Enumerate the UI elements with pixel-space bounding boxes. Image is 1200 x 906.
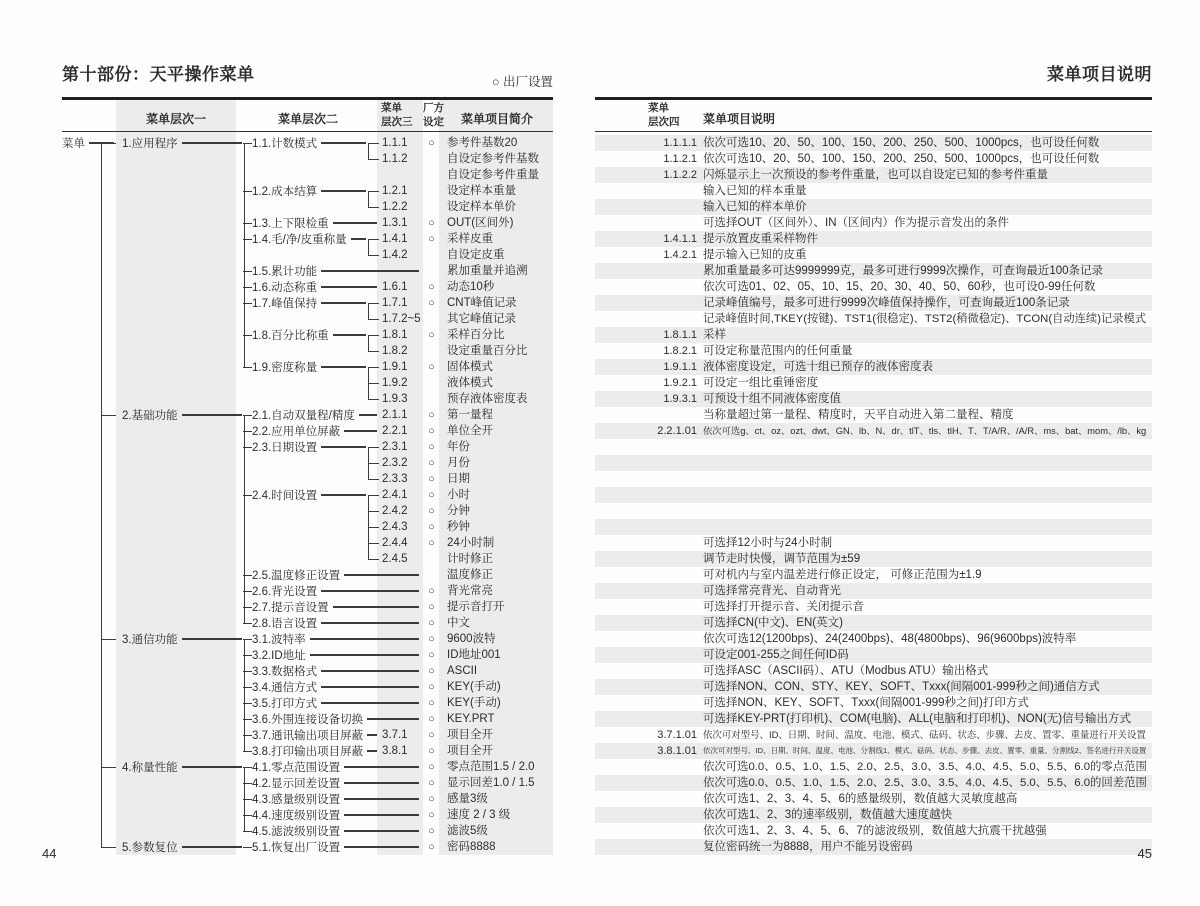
- level4-code: 2.2.1.01: [635, 423, 697, 439]
- description-row: 2.2.1.01依次可选g、ct、oz、ozt、dwt、GN、lb、N、dr、t…: [595, 423, 1152, 439]
- description-row: 记录峰值编号，最多可进行9999次峰值保持操作，可查询最近100条记录: [595, 295, 1152, 311]
- description-row: 依次可选1、2、3、4、5、6的感量级别，数值越大灵敏度越高: [595, 791, 1152, 807]
- description-row: 可选择常亮背光、自动背光: [595, 583, 1152, 599]
- description-row: 1.4.2.1提示输入已知的皮重: [595, 247, 1152, 263]
- description-text: 可选择打开提示音、关闭提示音: [703, 599, 864, 615]
- description-row: [595, 503, 1152, 519]
- level4-code: 1.9.3.1: [635, 391, 697, 407]
- description-row: 可选择12小时与24小时制: [595, 535, 1152, 551]
- description-text: 依次可选0.0、0.5、1.0、1.5、2.0、2.5、3.0、3.5、4.0、…: [703, 759, 1147, 775]
- description-row: 可选择NON、KEY、SOFT、Txxx(间隔001-999秒之间)打印方式: [595, 695, 1152, 711]
- description-text: 记录峰值编号，最多可进行9999次峰值保持操作，可查询最近100条记录: [703, 295, 1070, 311]
- description-text: 输入已知的样本重量: [703, 183, 807, 199]
- description-row: [595, 487, 1152, 503]
- description-row: 1.1.2.2闪烁显示上一次预设的参考件重量，也可以自设定已知的参考件重量: [595, 167, 1152, 183]
- description-row: [595, 519, 1152, 535]
- description-row: [595, 439, 1152, 455]
- description-row: 输入已知的样本单价: [595, 199, 1152, 215]
- description-row: 可选择KEY-PRT(打印机)、COM(电脑)、ALL(电脑和打印机)、NON(…: [595, 711, 1152, 727]
- description-text: 依次可对型号、ID、日期、时间、温度、电池、模式、砝码、状态、步骤、去皮、置零、…: [703, 727, 1146, 743]
- description-text: 累加重量最多可达9999999克，最多可进行9999次操作，可查询最近100条记…: [703, 263, 1103, 279]
- level4-code: 1.9.1.1: [635, 359, 697, 375]
- description-row: 可设定001-255之间任何ID码: [595, 647, 1152, 663]
- description-text: 记录峰值时间,TKEY(按键)、TST1(很稳定)、TST2(稍微稳定)、TCO…: [703, 311, 1146, 327]
- level4-code: 1.8.1.1: [635, 327, 697, 343]
- description-row: 调节走时快慢，调节范围为±59: [595, 551, 1152, 567]
- description-row: 可选择CN(中文)、EN(英文): [595, 615, 1152, 631]
- level4-code: 3.8.1.01: [635, 743, 697, 759]
- description-row: 累加重量最多可达9999999克，最多可进行9999次操作，可查询最近100条记…: [595, 263, 1152, 279]
- description-row: 依次可选0.0、0.5、1.0、1.5、2.0、2.5、3.0、3.5、4.0、…: [595, 759, 1152, 775]
- page-number-right: 45: [1052, 846, 1152, 862]
- level4-code: 1.9.2.1: [635, 375, 697, 391]
- description-row: 依次可选1、2、3、4、5、6、7的滤波级别，数值越大抗震干扰越强: [595, 823, 1152, 839]
- description-row: 1.1.1.1依次可选10、20、50、100、150、200、250、500、…: [595, 135, 1152, 151]
- description-row: 依次可选0.0、0.5、1.0、1.5、2.0、2.5、3.0、3.5、4.0、…: [595, 775, 1152, 791]
- description-text: 提示放置皮重采样物件: [703, 231, 818, 247]
- description-text: 调节走时快慢，调节范围为±59: [703, 551, 860, 567]
- description-row: 1.9.2.1可设定一组比重锤密度: [595, 375, 1152, 391]
- level4-code: 1.8.2.1: [635, 343, 697, 359]
- description-row: 当称量超过第一量程、精度时，天平自动进入第二量程、精度: [595, 407, 1152, 423]
- description-text: 可选择CN(中文)、EN(英文): [703, 615, 843, 631]
- description-row: 依次可选1、2、3的速率级别，数值越大速度越快: [595, 807, 1152, 823]
- description-row: 依次可选12(1200bps)、24(2400bps)、48(4800bps)、…: [595, 631, 1152, 647]
- description-row: 3.7.1.01依次可对型号、ID、日期、时间、温度、电池、模式、砝码、状态、步…: [595, 727, 1152, 743]
- description-text: 当称量超过第一量程、精度时，天平自动进入第二量程、精度: [703, 407, 1014, 423]
- description-text: 可选择NON、KEY、SOFT、Txxx(间隔001-999秒之间)打印方式: [703, 695, 1029, 711]
- description-text: 依次可选1、2、3的速率级别，数值越大速度越快: [703, 807, 952, 823]
- level4-code: 1.1.2.1: [635, 151, 697, 167]
- description-text: 依次可选01、02、05、10、15、20、30、40、50、60秒，也可设0-…: [703, 279, 1095, 295]
- description-row: 可选择NON、CON、STY、KEY、SOFT、Txxx(间隔001-999秒之…: [595, 679, 1152, 695]
- description-text: 复位密码统一为8888，用户不能另设密码: [703, 839, 913, 855]
- description-text: 可选择NON、CON、STY、KEY、SOFT、Txxx(间隔001-999秒之…: [703, 679, 1100, 695]
- description-row: 记录峰值时间,TKEY(按键)、TST1(很稳定)、TST2(稍微稳定)、TCO…: [595, 311, 1152, 327]
- description-text: 依次可选10、20、50、100、150、200、250、500、1000pcs…: [703, 151, 1099, 167]
- manual-spread: 第十部份：天平操作菜单 ○ 出厂设置 菜单项目说明 菜单层次一 菜单层次二 菜单…: [0, 0, 1200, 906]
- description-row: 1.8.2.1可设定称量范围内的任何重量: [595, 343, 1152, 359]
- description-text: 液体密度设定，可选十组已预存的液体密度表: [703, 359, 933, 375]
- description-row: 可选择OUT（区间外）、IN（区间内）作为提示音发出的条件: [595, 215, 1152, 231]
- description-row: 3.8.1.01依次可对型号、ID、日期、时间、温度、电池、分割线1、模式、砝码…: [595, 743, 1152, 759]
- description-text: 采样: [703, 327, 726, 343]
- description-text: 可选择KEY-PRT(打印机)、COM(电脑)、ALL(电脑和打印机)、NON(…: [703, 711, 1131, 727]
- description-row: 1.1.2.1依次可选10、20、50、100、150、200、250、500、…: [595, 151, 1152, 167]
- description-row: 输入已知的样本重量: [595, 183, 1152, 199]
- description-row: 1.9.3.1可预设十组不同液体密度值: [595, 391, 1152, 407]
- description-row: 1.8.1.1采样: [595, 327, 1152, 343]
- description-text: 依次可选1、2、3、4、5、6、7的滤波级别，数值越大抗震干扰越强: [703, 823, 1047, 839]
- level4-code: 1.4.1.1: [635, 231, 697, 247]
- description-row: [595, 455, 1152, 471]
- description-text: 依次可选12(1200bps)、24(2400bps)、48(4800bps)、…: [703, 631, 1076, 647]
- description-text: 可设定称量范围内的任何重量: [703, 343, 853, 359]
- description-text: 输入已知的样本单价: [703, 199, 807, 215]
- description-text: 依次可选0.0、0.5、1.0、1.5、2.0、2.5、3.0、3.5、4.0、…: [703, 775, 1147, 791]
- description-text: 提示输入已知的皮重: [703, 247, 807, 263]
- description-text: 可选择常亮背光、自动背光: [703, 583, 841, 599]
- description-row: 可对机内与室内温差进行修正设定， 可修正范围为±1.9: [595, 567, 1152, 583]
- description-text: 依次可选10、20、50、100、150、200、250、500、1000pcs…: [703, 135, 1099, 151]
- description-text: 可对机内与室内温差进行修正设定， 可修正范围为±1.9: [703, 567, 982, 583]
- description-row: 1.9.1.1液体密度设定，可选十组已预存的液体密度表: [595, 359, 1152, 375]
- description-text: 可选择ASC（ASCII码）、ATU（Modbus ATU）输出格式: [703, 663, 988, 679]
- description-text: 可设定一组比重锤密度: [703, 375, 818, 391]
- description-text: 可预设十组不同液体密度值: [703, 391, 841, 407]
- level4-code: 3.7.1.01: [635, 727, 697, 743]
- level4-code: 1.1.2.2: [635, 167, 697, 183]
- description-row: 可选择打开提示音、关闭提示音: [595, 599, 1152, 615]
- description-text: 可设定001-255之间任何ID码: [703, 647, 849, 663]
- level4-code: 1.4.2.1: [635, 247, 697, 263]
- description-row: [595, 471, 1152, 487]
- description-text: 可选择OUT（区间外）、IN（区间内）作为提示音发出的条件: [703, 215, 1009, 231]
- description-row: 1.4.1.1提示放置皮重采样物件: [595, 231, 1152, 247]
- description-text: 可选择12小时与24小时制: [703, 535, 832, 551]
- description-list: 1.1.1.1依次可选10、20、50、100、150、200、250、500、…: [0, 0, 1200, 906]
- description-text: 闪烁显示上一次预设的参考件重量，也可以自设定已知的参考件重量: [703, 167, 1048, 183]
- description-row: 可选择ASC（ASCII码）、ATU（Modbus ATU）输出格式: [595, 663, 1152, 679]
- description-row: 依次可选01、02、05、10、15、20、30、40、50、60秒，也可设0-…: [595, 279, 1152, 295]
- level4-code: 1.1.1.1: [635, 135, 697, 151]
- description-text: 依次可选1、2、3、4、5、6的感量级别，数值越大灵敏度越高: [703, 791, 1017, 807]
- page-number-left: 44: [42, 846, 56, 862]
- description-text: 依次可对型号、ID、日期、时间、温度、电池、分割线1、模式、砝码、状态、步骤、去…: [703, 743, 1146, 759]
- description-text: 依次可选g、ct、oz、ozt、dwt、GN、lb、N、dr、tlT、tls、t…: [703, 423, 1146, 439]
